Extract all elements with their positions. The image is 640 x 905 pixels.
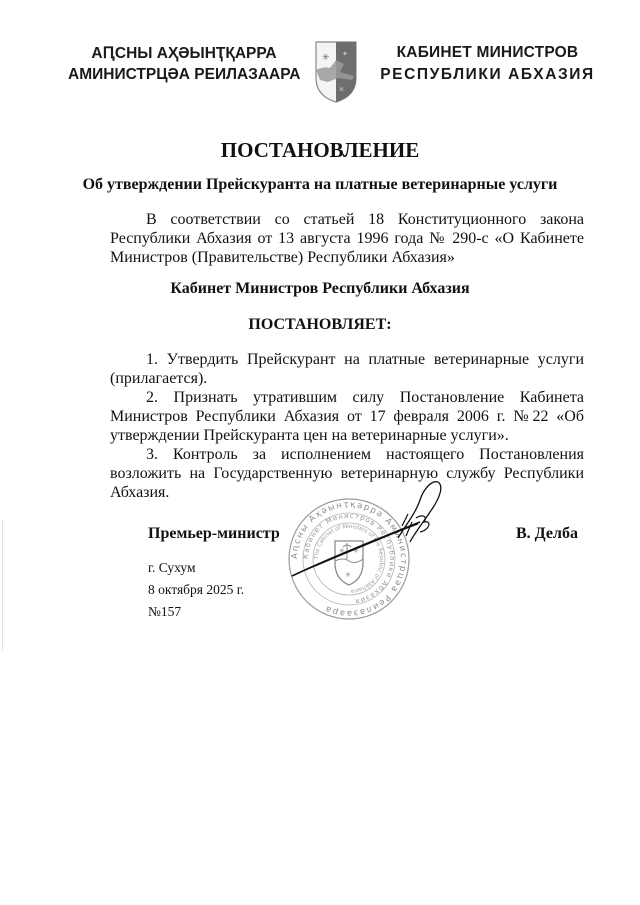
- coat-of-arms-icon: ✳ ✦ ✳: [314, 40, 358, 104]
- resolves-heading: ПОСТАНОВЛЯЕТ:: [0, 316, 640, 334]
- resolution-item-1: 1. Утвердить Прейскурант на платные вете…: [110, 350, 584, 388]
- svg-text:✳: ✳: [322, 53, 330, 63]
- header-russian-line1: КАБИНЕТ МИНИСТРОВ: [380, 44, 595, 62]
- header-abkhaz-line1: АԤСНЫ АҲӘЫНҬҚАРРА: [68, 44, 300, 63]
- issue-date: 8 октября 2025 г.: [148, 582, 244, 598]
- scan-edge-artifact: [2, 520, 3, 650]
- handwritten-signature-icon: [290, 478, 470, 588]
- signatory-name: В. Делба: [516, 525, 578, 543]
- header-russian-line2: РЕСПУБЛИКИ АБХАЗИЯ: [380, 66, 595, 84]
- issuer-line: Кабинет Министров Республики Абхазия: [0, 280, 640, 298]
- issue-city: г. Сухум: [148, 560, 196, 576]
- document-number: №157: [148, 604, 181, 620]
- document-subject: Об утверждении Прейскуранта на платные в…: [0, 176, 640, 194]
- preamble-paragraph: В соответствии со статьей 18 Конституцио…: [110, 210, 584, 267]
- signatory-position: Премьер-министр: [148, 525, 280, 543]
- svg-text:✦: ✦: [342, 50, 348, 58]
- document-type-title: ПОСТАНОВЛЕНИЕ: [0, 138, 640, 163]
- header-abkhaz-line2: АМИНИСТРЦӘА РЕИЛАЗААРА: [68, 66, 300, 84]
- resolution-item-2: 2. Признать утратившим силу Постановлени…: [110, 388, 584, 445]
- svg-text:✳: ✳: [338, 85, 345, 94]
